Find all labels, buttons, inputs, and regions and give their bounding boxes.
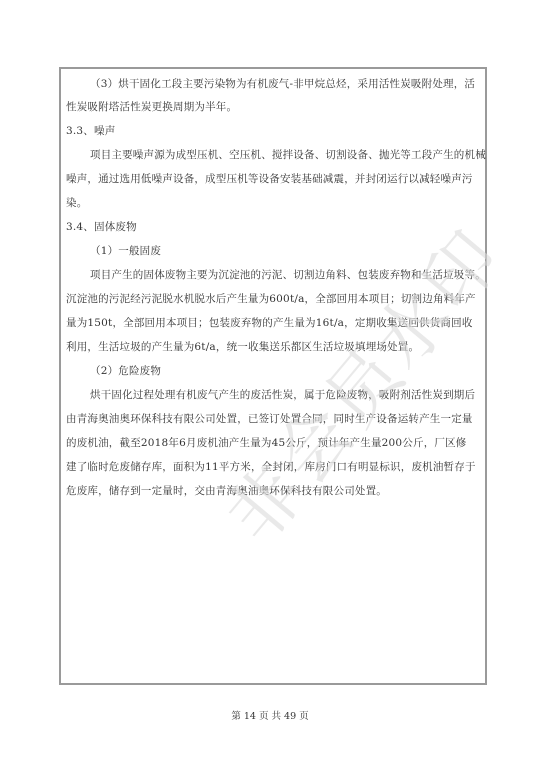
paragraph-line: 噪声，通过选用低噪声设备，成型压机等设备安装基础减震，并封闭运行以减轻噪声污 bbox=[66, 172, 486, 186]
paragraph-line: 的废机油，截至2018年6月废机油产生量为45公斤，预计年产生量200公斤，厂区… bbox=[66, 436, 486, 450]
paragraph-line: 利用，生活垃圾的产生量为6t/a，统一收集送乐都区生活垃圾填埋场处置。 bbox=[66, 340, 486, 354]
section-heading-solid-waste: 3.4、固体废物 bbox=[66, 220, 486, 234]
paragraph-line: 烘干固化过程处理有机废气产生的废活性炭，属于危险废物，吸附剂活性炭到期后 bbox=[90, 388, 486, 402]
paragraph-line: 沉淀池的污泥经污泥脱水机脱水后产生量为600t/a，全部回用本项目；切割边角料年… bbox=[66, 292, 486, 306]
paragraph-line: 量为150t，全部回用本项目；包装废弃物的产生量为16t/a，定期收集送回供货商… bbox=[66, 316, 486, 330]
subheading-general-waste: （1）一般固废 bbox=[90, 244, 486, 258]
page-number-footer: 第 14 页 共 49 页 bbox=[0, 708, 540, 722]
paragraph-line: 项目主要噪声源为成型压机、空压机、搅拌设备、切割设备、抛光等工段产生的机械 bbox=[90, 148, 486, 162]
paragraph-line: 性炭吸附塔活性炭更换周期为半年。 bbox=[66, 100, 486, 114]
paragraph-line: 由青海奥油奥环保科技有限公司处置，已签订处置合同，同时生产设备运转产生一定量 bbox=[66, 412, 486, 426]
subheading-hazardous-waste: （2）危险废物 bbox=[90, 364, 486, 378]
section-heading-noise: 3.3、噪声 bbox=[66, 124, 486, 138]
document-content-box: （3）烘干固化工段主要污染物为有机废气-非甲烷总烃，采用活性炭吸附处理，活 性炭… bbox=[59, 67, 487, 685]
paragraph-line: 危废库，储存到一定量时，交由青海奥油奥环保科技有限公司处置。 bbox=[66, 484, 486, 498]
paragraph-line: 染。 bbox=[66, 196, 486, 210]
paragraph-line: 建了临时危废储存库，面积为11平方米，全封闭，库房门口有明显标识，废机油暂存于 bbox=[66, 460, 486, 474]
paragraph-line: 项目产生的固体废物主要为沉淀池的污泥、切割边角料、包装废弃物和生活垃圾等。 bbox=[90, 268, 486, 282]
paragraph-line: （3）烘干固化工段主要污染物为有机废气-非甲烷总烃，采用活性炭吸附处理，活 bbox=[90, 77, 486, 91]
